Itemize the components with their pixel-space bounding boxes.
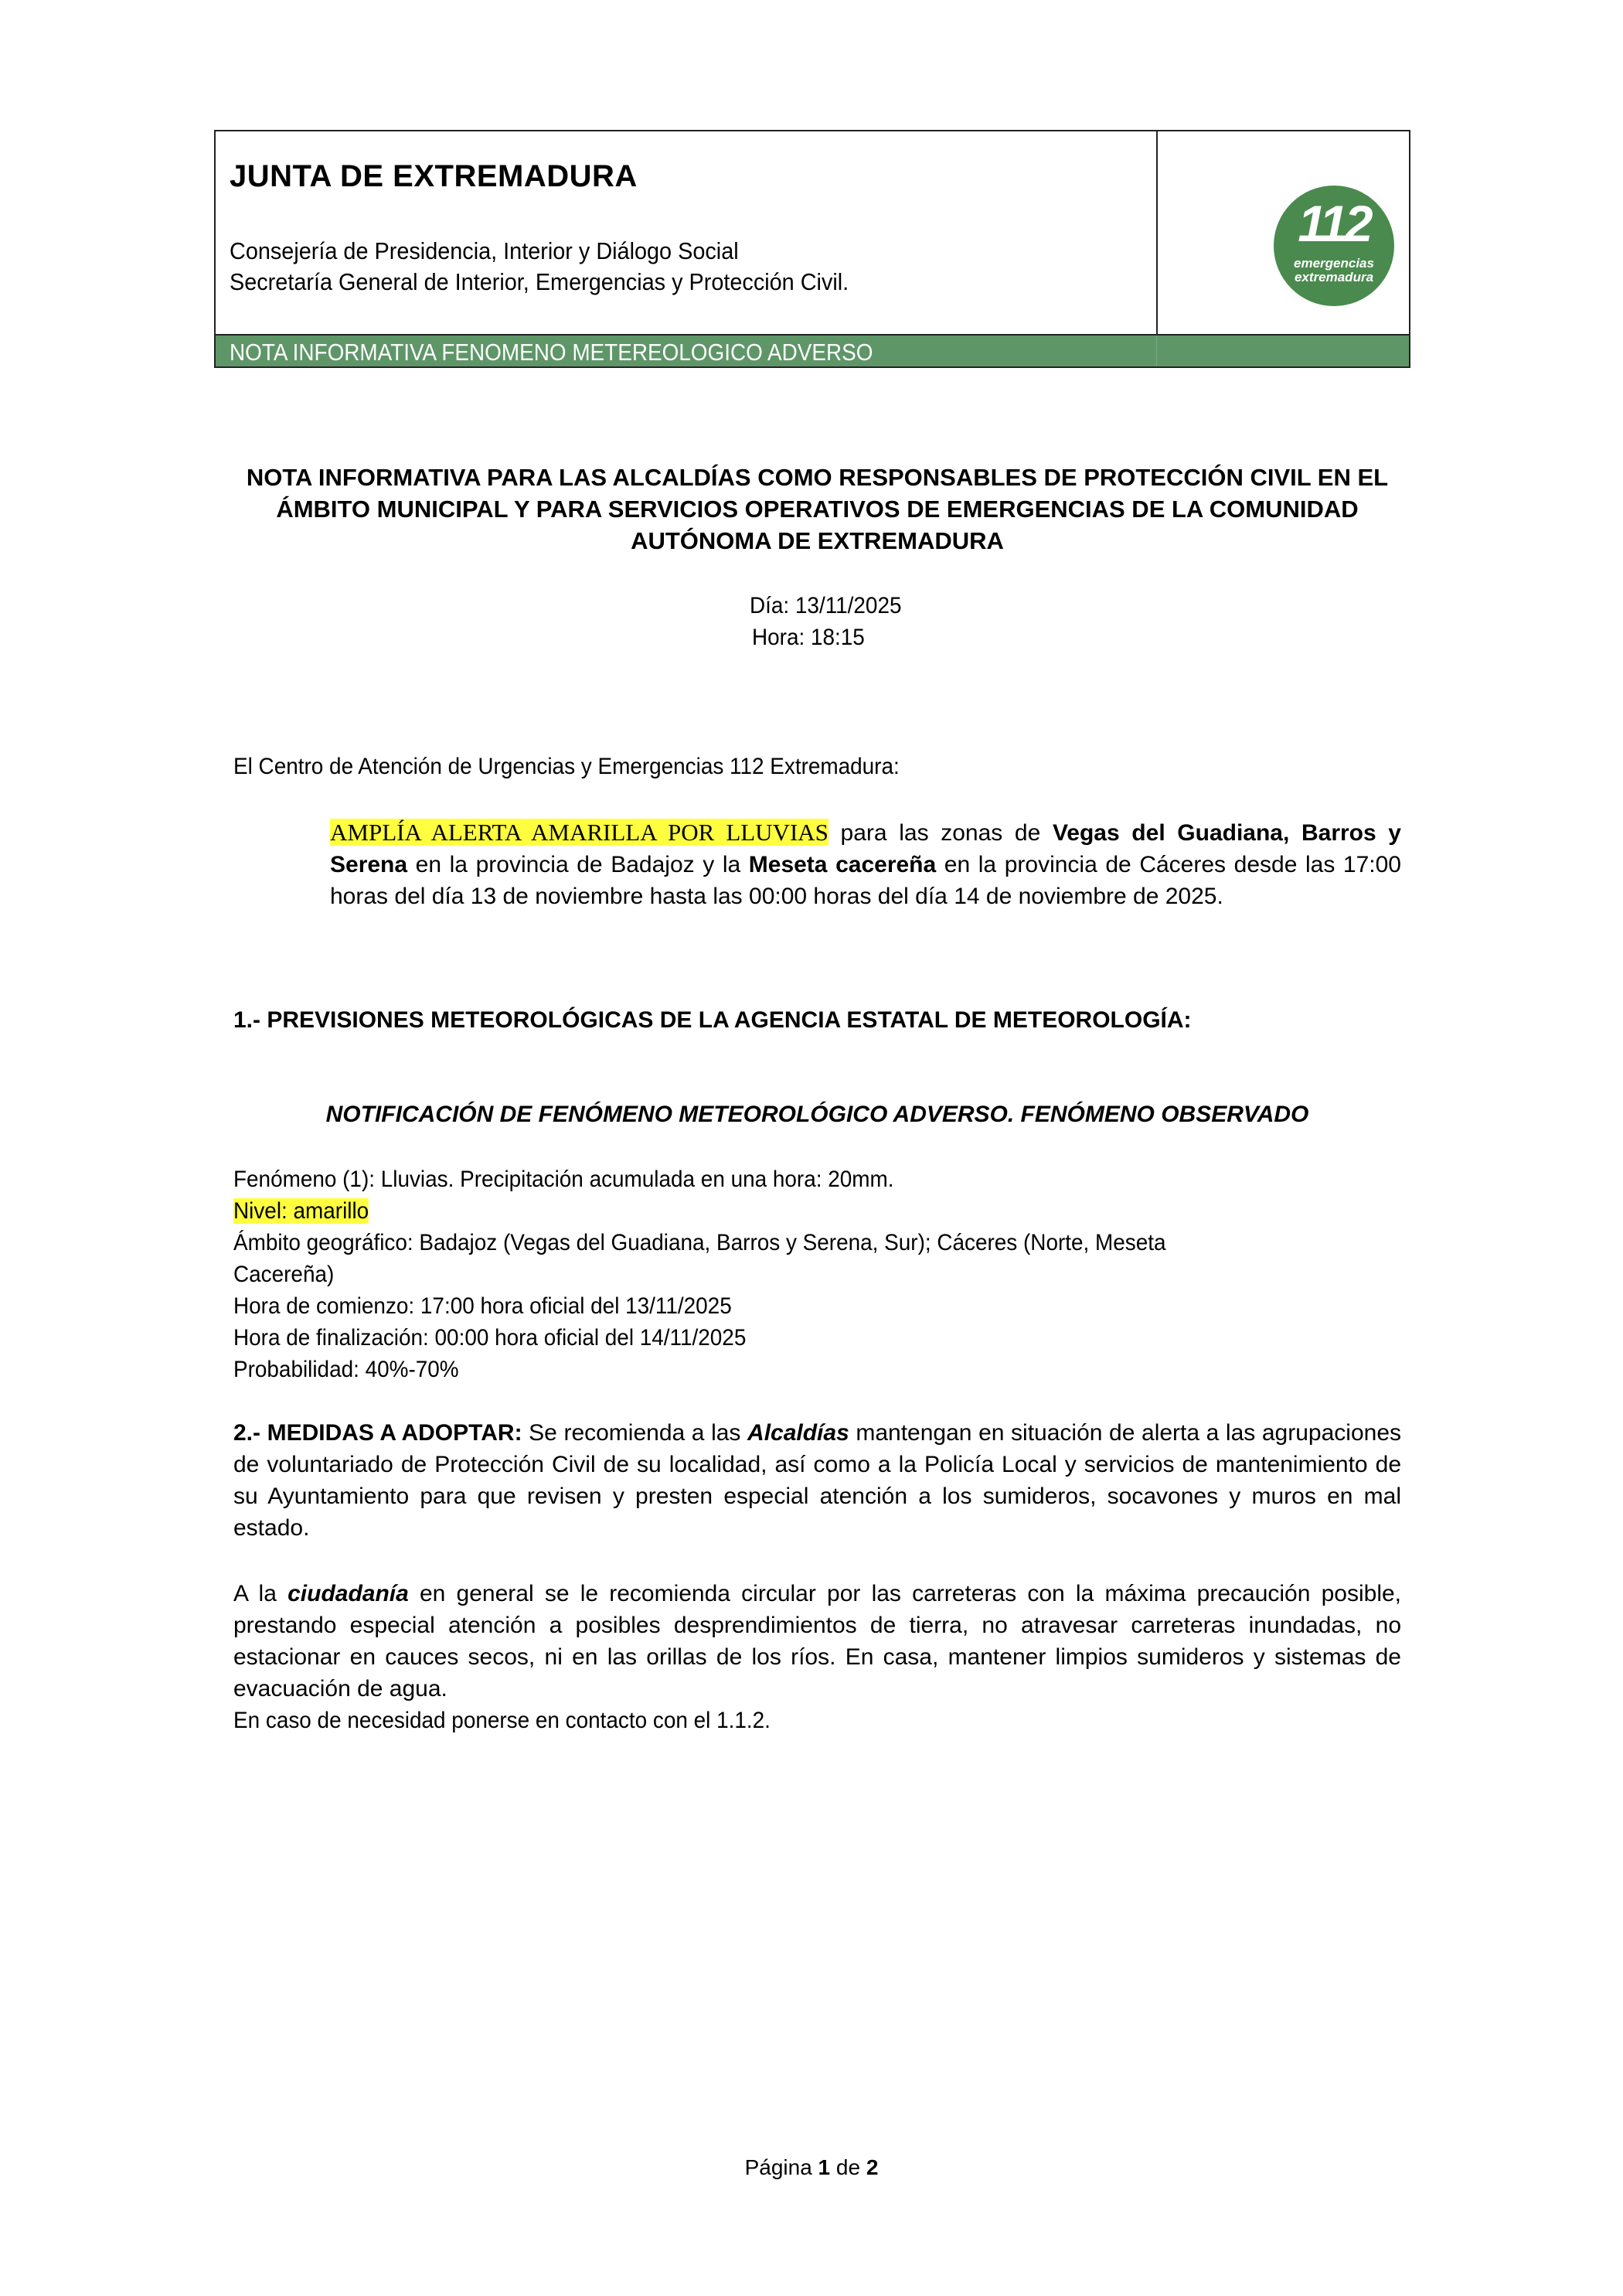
section-2-heading: 2.- MEDIDAS A ADOPTAR: (233, 1420, 522, 1446)
probability-line: Probabilidad: 40%-70% (233, 1354, 1166, 1385)
alert-highlight: AMPLÍA ALERTA AMARILLA POR LLUVIAS (330, 819, 829, 846)
citizens-text-2: en general se le recomienda circular por… (233, 1581, 1401, 1702)
level-line: Nivel: amarillo (233, 1195, 1166, 1227)
document-title: NOTA INFORMATIVA PARA LAS ALCALDÍAS COMO… (232, 462, 1403, 557)
citizens-text-1: A la (233, 1581, 288, 1606)
document-page: JUNTA DE EXTREMADURA Consejería de Presi… (0, 0, 1623, 2296)
page-label: Página (745, 2155, 812, 2179)
logo-line-2: extremadura (1274, 271, 1394, 284)
band-title: NOTA INFORMATIVA FENOMENO METEREOLOGICO … (230, 339, 873, 366)
logo-number: 112 (1274, 196, 1394, 250)
emergency-112-logo-icon: 112 emergencias extremadura (1274, 186, 1394, 306)
current-page: 1 (818, 2155, 831, 2179)
end-time-line: Hora de finalización: 00:00 hora oficial… (233, 1322, 1166, 1354)
alert-paragraph: AMPLÍA ALERTA AMARILLA POR LLUVIAS para … (330, 816, 1401, 912)
band-divider (1156, 336, 1157, 366)
alert-text-2: en la provincia de Badajoz y la (407, 852, 749, 877)
alert-zone-caceres: Meseta cacereña (749, 852, 936, 877)
of-label: de (836, 2155, 860, 2179)
phenomenon-details: Fenómeno (1): Lluvias. Precipitación acu… (233, 1163, 1166, 1385)
department-name: Consejería de Presidencia, Interior y Di… (230, 237, 739, 265)
document-date: Día: 13/11/2025 (750, 590, 901, 622)
page-footer: Página 1 de 2 (0, 2151, 1623, 2183)
document-time: Hora: 18:15 (752, 622, 865, 653)
citizens-paragraph: A la ciudadanía en general se le recomie… (233, 1578, 1401, 1705)
section-2-emphasis: Alcaldías (747, 1420, 849, 1446)
header-band: NOTA INFORMATIVA FENOMENO METEREOLOGICO … (216, 334, 1409, 366)
logo-line-1: emergencias (1274, 257, 1394, 271)
citizens-emphasis: ciudadanía (288, 1581, 409, 1606)
secretariat-name: Secretaría General de Interior, Emergenc… (230, 268, 849, 296)
total-pages: 2 (866, 2155, 879, 2179)
header-info-cell: JUNTA DE EXTREMADURA Consejería de Presi… (216, 131, 1158, 334)
header-logo-cell: 112 emergencias extremadura (1158, 131, 1409, 334)
section-1-heading: 1.- PREVISIONES METEOROLÓGICAS DE LA AGE… (233, 1004, 1401, 1036)
scope-line-2: Cacereña) (233, 1259, 1166, 1290)
scope-line-1: Ámbito geográfico: Badajoz (Vegas del Gu… (233, 1227, 1166, 1259)
alert-text-1: para las zonas de (829, 820, 1053, 846)
start-time-line: Hora de comienzo: 17:00 hora oficial del… (233, 1290, 1166, 1322)
level-highlight: Nivel: amarillo (233, 1198, 369, 1224)
contact-line: En caso de necesidad ponerse en contacto… (233, 1705, 771, 1736)
notification-heading: NOTIFICACIÓN DE FENÓMENO METEOROLÓGICO A… (232, 1099, 1403, 1130)
intro-text: El Centro de Atención de Urgencias y Eme… (233, 751, 900, 782)
org-title: JUNTA DE EXTREMADURA (230, 159, 638, 194)
section-2-paragraph: 2.- MEDIDAS A ADOPTAR: Se recomienda a l… (233, 1417, 1401, 1544)
phenomenon-line: Fenómeno (1): Lluvias. Precipitación acu… (233, 1163, 1166, 1195)
header-table: JUNTA DE EXTREMADURA Consejería de Presi… (214, 130, 1410, 368)
section-2-text-1: Se recomienda a las (522, 1420, 747, 1446)
